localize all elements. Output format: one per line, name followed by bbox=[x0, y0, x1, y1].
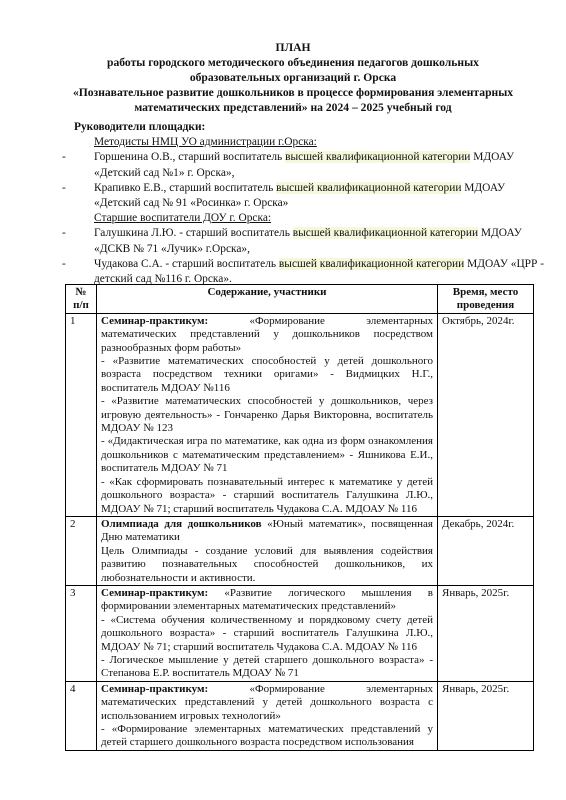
table-row: 4Семинар-практикум: «Формирование элемен… bbox=[66, 681, 534, 750]
bullet-dash: - bbox=[62, 150, 66, 165]
document-title: ПЛАН bbox=[60, 40, 526, 55]
row-time-place: Январь, 2025г. bbox=[438, 681, 534, 750]
document-subtitle-line-2: образовательных организаций г. Орска bbox=[60, 70, 526, 85]
bullet-dash: - bbox=[62, 257, 66, 272]
row-content: Семинар-практикум: «Формирование элемент… bbox=[97, 313, 438, 516]
row-number: 2 bbox=[66, 516, 97, 585]
row-time-place: Октябрь, 2024г. bbox=[438, 313, 534, 516]
bullet-dash: - bbox=[62, 226, 66, 241]
document-subtitle-line-4: математических представлений» на 2024 – … bbox=[60, 100, 526, 115]
highlighted-qualification: высшей квалификационной категории bbox=[293, 227, 478, 239]
leader-item: -Чудакова С.А. - старший воспитатель выс… bbox=[74, 257, 544, 287]
bullet-dash: - bbox=[62, 181, 66, 196]
group-senior-teachers-title: Старшие воспитатели ДОУ г. Орска: bbox=[74, 211, 544, 226]
event-type: Семинар-практикум: bbox=[101, 587, 208, 599]
leader-name: Крапивко Е.В., старший воспитатель bbox=[94, 182, 276, 194]
document-subtitle-line-3: «Познавательное развитие дошкольников в … bbox=[60, 85, 526, 100]
document-header: ПЛАН работы городского методического объ… bbox=[60, 40, 526, 115]
event-title: Семинар-практикум: «Развитие логического… bbox=[101, 587, 433, 614]
header-content: Содержание, участники bbox=[97, 285, 438, 314]
event-detail-line: - Логическое мышление у детей старшего д… bbox=[101, 654, 433, 681]
group-methodists-list: -Горшенина О.В., старший воспитатель выс… bbox=[74, 150, 544, 211]
highlighted-qualification: высшей квалификационной категории bbox=[276, 182, 461, 194]
table-row: 2Олимпиада для дошкольников «Юный матема… bbox=[66, 516, 534, 585]
row-time-place: Декабрь, 2024г. bbox=[438, 516, 534, 585]
leaders-section: Руководители площадки: Методисты НМЦ УО … bbox=[74, 120, 544, 287]
event-type: Семинар-практикум: bbox=[101, 315, 208, 327]
event-title: Семинар-практикум: «Формирование элемент… bbox=[101, 683, 433, 723]
event-detail-line: - «Дидактическая игра по математике, как… bbox=[101, 435, 433, 475]
event-detail-line: - «Развитие математических способностей … bbox=[101, 395, 433, 435]
leader-name: Чудакова С.А. - старший воспитатель bbox=[94, 258, 279, 270]
row-content: Семинар-практикум: «Формирование элемент… bbox=[97, 681, 438, 750]
group-methodists-title: Методисты НМЦ УО администрации г.Орска: bbox=[74, 135, 544, 150]
event-type: Олимпиада для дошкольников bbox=[101, 518, 262, 530]
row-time-place: Январь, 2025г. bbox=[438, 585, 534, 681]
header-time-place: Время, место проведения bbox=[438, 285, 534, 314]
leaders-heading: Руководители площадки: bbox=[74, 120, 544, 135]
event-detail-line: - «Развитие математических способностей … bbox=[101, 355, 433, 395]
leader-item: -Галушкина Л.Ю. - старший воспитатель вы… bbox=[74, 226, 544, 256]
event-detail-line: - «Как сформировать познавательный интер… bbox=[101, 476, 433, 516]
table-row: 3Семинар-практикум: «Развитие логическог… bbox=[66, 585, 534, 681]
event-detail-line: - «Формирование элементарных математичес… bbox=[101, 723, 433, 750]
header-number: № п/п bbox=[66, 285, 97, 314]
row-content: Семинар-практикум: «Развитие логического… bbox=[97, 585, 438, 681]
event-title: Олимпиада для дошкольников «Юный математ… bbox=[101, 518, 433, 545]
highlighted-qualification: высшей квалификационной категории bbox=[285, 151, 470, 163]
row-number: 3 bbox=[66, 585, 97, 681]
event-detail-line: - «Система обучения количественному и по… bbox=[101, 614, 433, 654]
group-senior-teachers-list: -Галушкина Л.Ю. - старший воспитатель вы… bbox=[74, 226, 544, 287]
table-row: 1Семинар-практикум: «Формирование элемен… bbox=[66, 313, 534, 516]
leader-name: Галушкина Л.Ю. - старший воспитатель bbox=[94, 227, 293, 239]
highlighted-qualification: высшей квалификационной категории bbox=[279, 258, 464, 270]
row-content: Олимпиада для дошкольников «Юный математ… bbox=[97, 516, 438, 585]
table-header-row: № п/п Содержание, участники Время, место… bbox=[66, 285, 534, 314]
leader-item: -Горшенина О.В., старший воспитатель выс… bbox=[74, 150, 544, 180]
leader-item: -Крапивко Е.В., старший воспитатель высш… bbox=[74, 181, 544, 211]
row-number: 4 bbox=[66, 681, 97, 750]
event-title: Семинар-практикум: «Формирование элемент… bbox=[101, 315, 433, 355]
document-subtitle-line-1: работы городского методического объедине… bbox=[60, 55, 526, 70]
leader-name: Горшенина О.В., старший воспитатель bbox=[94, 151, 285, 163]
plan-table: № п/п Содержание, участники Время, место… bbox=[65, 284, 534, 751]
event-detail-line: Цель Олимпиады - создание условий для вы… bbox=[101, 545, 433, 585]
document-page: ПЛАН работы городского методического объ… bbox=[0, 0, 566, 800]
row-number: 1 bbox=[66, 313, 97, 516]
event-type: Семинар-практикум: bbox=[101, 683, 208, 695]
